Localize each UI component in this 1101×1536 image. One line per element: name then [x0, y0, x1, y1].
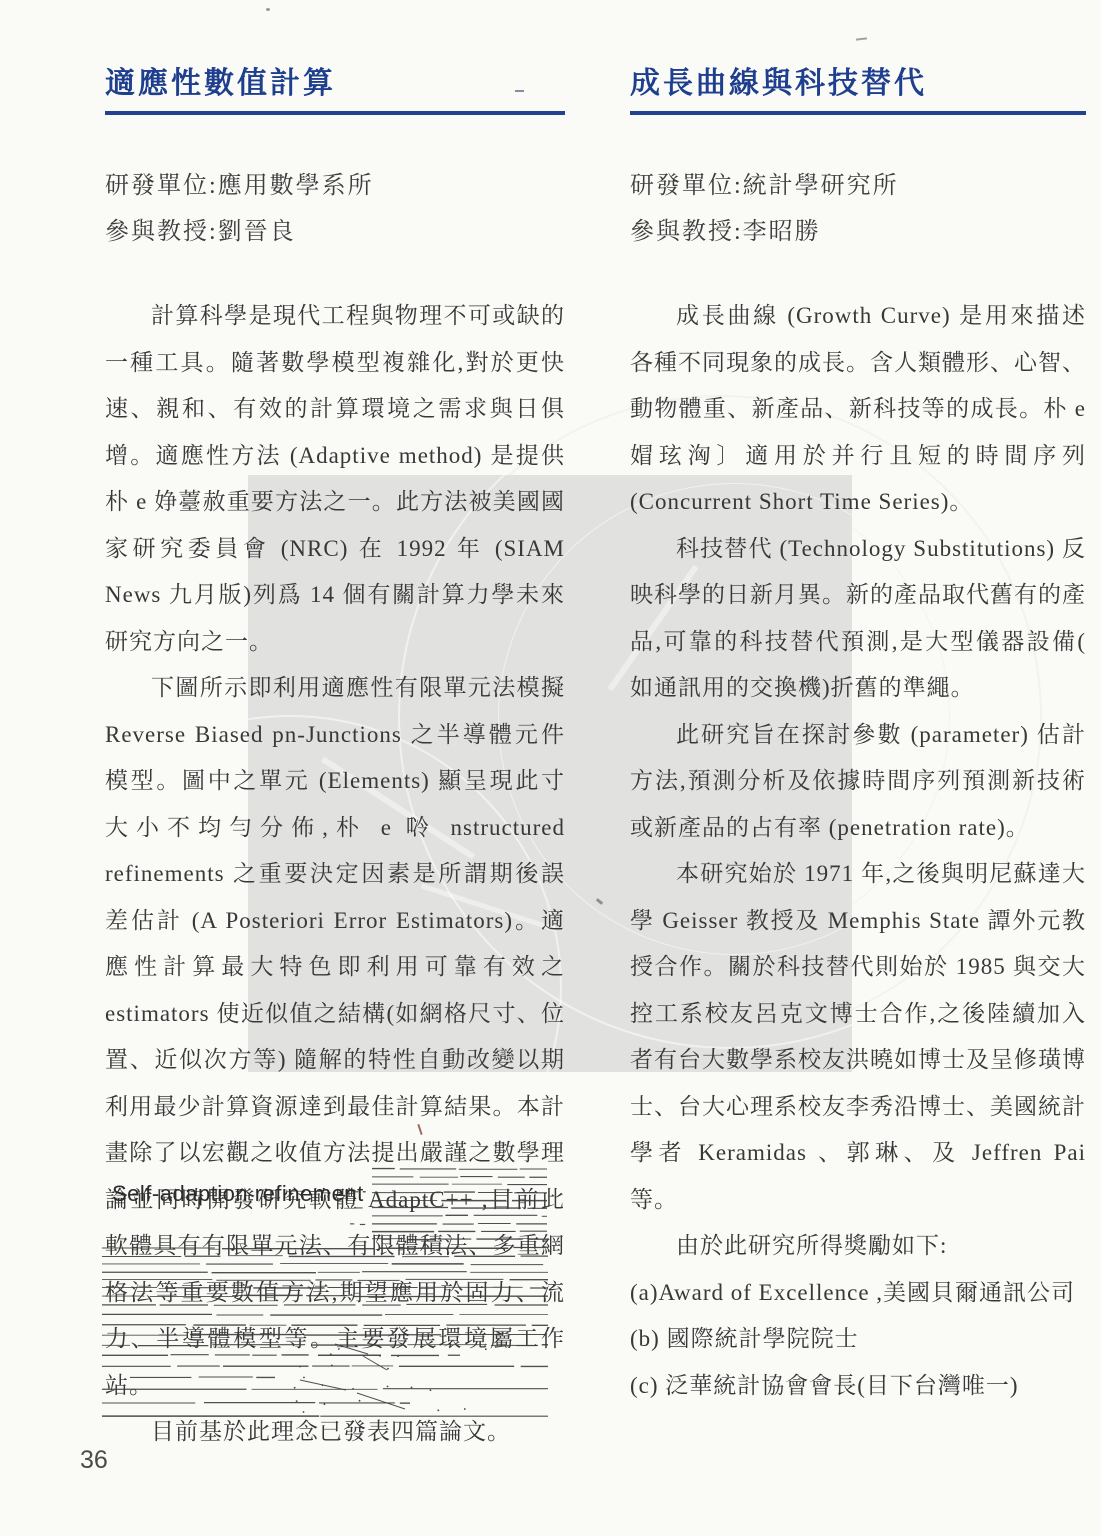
right-article-title: 成長曲線與科技替代 — [630, 58, 1086, 115]
award-item: (b) 國際統計學院院士 — [630, 1316, 1086, 1363]
scanned-page: 適應性數值計算 研發單位:應用數學系所 參與教授:劉晉良 計算科學是現代工程與物… — [0, 0, 1101, 1536]
unit-line: 研發單位:應用數學系所 — [105, 163, 565, 209]
paragraph: 計算科學是現代工程與物理不可或缺的一種工具。隨著數學模型複雜化,對於更快速、親和… — [105, 293, 565, 665]
paragraph: 成長曲線 (Growth Curve) 是用來描述各種不同現象的成長。含人類體形… — [630, 293, 1086, 526]
unit-line: 研發單位:統計學研究所 — [630, 163, 1086, 209]
paragraph: 本研究始於 1971 年,之後與明尼蘇達大學 Geisser 教授及 Memph… — [630, 851, 1086, 1223]
right-article-meta: 研發單位:統計學研究所 參與教授:李昭勝 — [630, 163, 1086, 255]
awards-intro: 由於此研究所得獎勵如下: — [630, 1223, 1086, 1270]
award-item: (c) 泛華統計協會會長(目下台灣唯一) — [630, 1363, 1086, 1410]
page-number: 36 — [80, 1446, 108, 1475]
scan-speck — [515, 90, 524, 92]
right-article-body: 成長曲線 (Growth Curve) 是用來描述各種不同現象的成長。含人類體形… — [630, 293, 1086, 1409]
professor-line: 參與教授:李昭勝 — [630, 209, 1086, 255]
paragraph: 科技替代 (Technology Substitutions) 反映科學的日新月… — [630, 526, 1086, 712]
professor-line: 參與教授:劉晉良 — [105, 209, 565, 255]
mesh-figure — [100, 1164, 555, 1426]
scan-speck — [856, 37, 867, 40]
right-article: 成長曲線與科技替代 研發單位:統計學研究所 參與教授:李昭勝 成長曲線 (Gro… — [630, 58, 1086, 1409]
left-article-meta: 研發單位:應用數學系所 參與教授:劉晉良 — [105, 163, 565, 255]
scan-speck — [266, 8, 270, 11]
left-article-title: 適應性數值計算 — [105, 58, 565, 115]
award-item: (a)Award of Excellence ,美國貝爾通訊公司 — [630, 1270, 1086, 1317]
paragraph: 此研究旨在探討參數 (parameter) 估計方法,預測分析及依據時間序列預測… — [630, 712, 1086, 852]
